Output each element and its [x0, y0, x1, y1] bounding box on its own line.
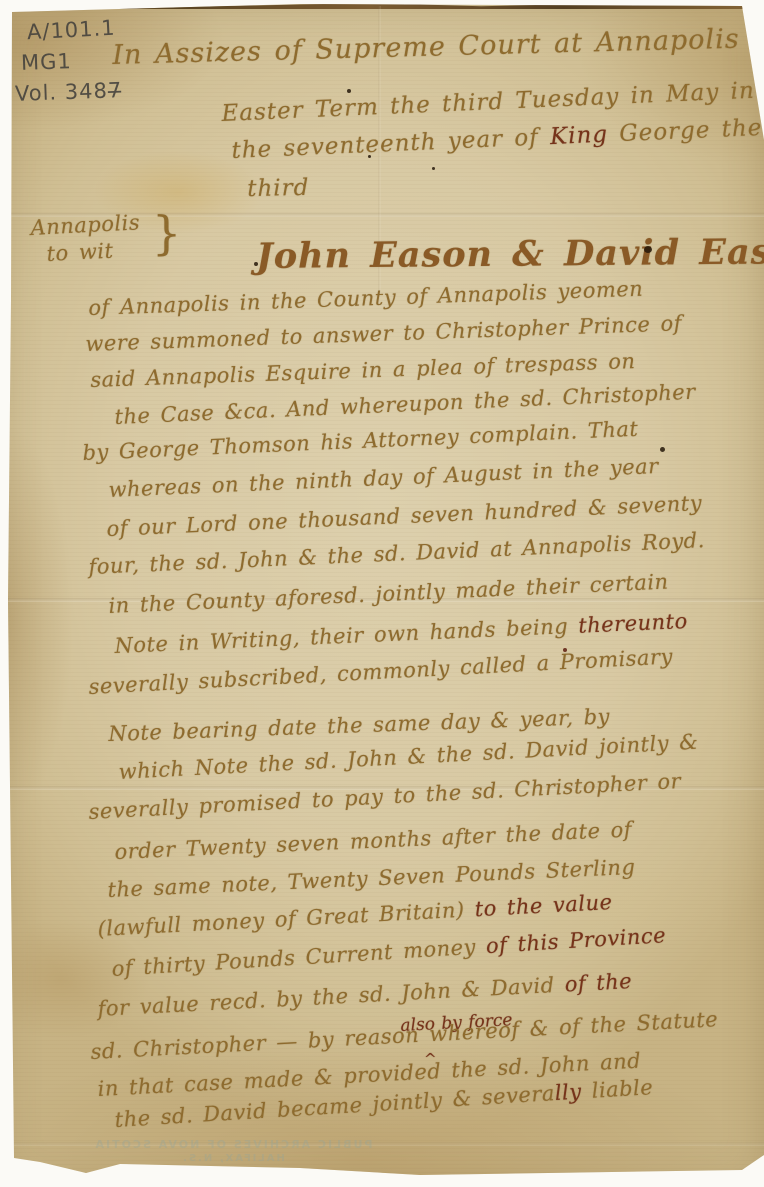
manuscript-text-segment: whereas on the ninth day of August in th…: [108, 454, 659, 502]
manuscript-text-segment: King: [549, 122, 608, 151]
manuscript-text-segment: thereunto: [578, 609, 688, 638]
body-line-9: in the County aforesd. jointly made thei…: [108, 570, 669, 618]
manuscript-text-segment: the seventeenth year of: [231, 124, 551, 164]
ink-blot: [347, 89, 351, 93]
manuscript-text-segment: to the value: [474, 890, 613, 921]
manuscript-text-segment: were summoned to answer to Christopher P…: [85, 311, 682, 356]
margin-place: Annapolis: [30, 210, 141, 240]
manuscript-text-segment: liable: [581, 1075, 654, 1103]
body-line-6: whereas on the ninth day of August in th…: [108, 454, 659, 502]
margin-bracket: }: [152, 206, 182, 260]
manuscript-text-segment: of thirty Pounds Current money: [111, 934, 487, 981]
archives-stamp: PUBLIC ARCHIVES OF NOVA SCOTIA HALIFAX, …: [88, 1138, 378, 1166]
body-line-2: were summoned to answer to Christopher P…: [85, 311, 682, 356]
body-line-1: of Annapolis in the County of Annapolis …: [88, 277, 644, 320]
manuscript-text-segment: to wit: [46, 238, 114, 265]
manuscript-text-segment: lly: [554, 1079, 582, 1105]
margin-to-wit: to wit: [46, 238, 114, 265]
ink-blot: [432, 167, 435, 170]
heading-line-1: In Assizes of Supreme Court at Annapolis: [112, 24, 740, 71]
manuscript-text-segment: George the: [607, 115, 762, 148]
manuscript-text-segment: In Assizes of Supreme Court at Annapolis: [112, 24, 740, 71]
manuscript-text-segment: of this Province: [485, 923, 666, 958]
archives-stamp-line2: HALIFAX, N.S.: [88, 1152, 378, 1166]
manuscript-text-segment: of the: [564, 969, 633, 996]
ink-blot: [368, 155, 371, 158]
body-line-15: order Twenty seven months after the date…: [114, 817, 633, 864]
manuscript-text-segment: Annapolis: [30, 210, 141, 240]
manuscript-text-segment: Note in Writing, their own hands being: [114, 614, 579, 658]
archives-stamp-line1: PUBLIC ARCHIVES OF NOVA SCOTIA: [88, 1138, 378, 1152]
manuscript-text-segment: of Annapolis in the County of Annapolis …: [88, 277, 644, 320]
manuscript-text-segment: order Twenty seven months after the date…: [114, 817, 633, 864]
party-names: John Eason & David Eason both: [256, 230, 764, 277]
ink-blot: [644, 246, 652, 253]
manuscript-text-segment: }: [152, 206, 182, 260]
heading-line-4: third: [247, 175, 310, 202]
ink-blot: [563, 648, 567, 652]
document-scan: A/101.1 MG1 Vol. 3487̶ In Assizes of Sup…: [0, 0, 764, 1187]
manuscript-lines: In Assizes of Supreme Court at Annapolis…: [0, 0, 764, 1187]
manuscript-text-segment: in the County aforesd. jointly made thei…: [108, 570, 669, 618]
manuscript-text-segment: John Eason & David Eason: [256, 231, 764, 277]
ink-blot: [660, 447, 665, 452]
ink-blot: [254, 262, 258, 266]
manuscript-text-segment: (lawfull money of Great Britain): [97, 897, 475, 941]
manuscript-paper: A/101.1 MG1 Vol. 3487̶ In Assizes of Sup…: [0, 0, 764, 1187]
manuscript-text-segment: third: [247, 175, 310, 202]
